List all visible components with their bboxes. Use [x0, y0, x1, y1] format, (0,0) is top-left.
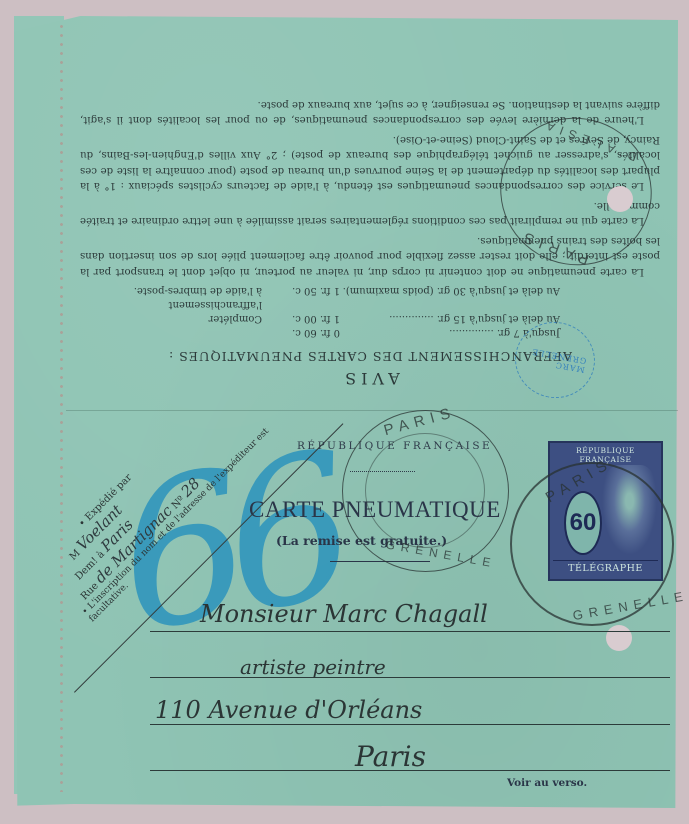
address-line-street: 110 Avenue d'Orléans — [155, 696, 422, 724]
address-line-city: Paris — [355, 740, 426, 773]
address-rule — [150, 677, 670, 678]
punch-hole — [607, 186, 633, 212]
blue-cachet-text: MARC GRENELLE — [515, 344, 587, 374]
tariff-note: à l'aide de timbres-poste. — [112, 283, 270, 297]
postmark-stamp: PARIS GRENELLE — [510, 462, 674, 626]
address-line-name: Monsieur Marc Chagall — [200, 600, 488, 628]
address-line-profession: artiste peintre — [240, 655, 386, 679]
tariff-value: 1 fr. 50 c. — [270, 283, 340, 297]
address-rule — [150, 631, 670, 632]
punch-hole — [606, 625, 632, 651]
tariff-note: Compléter l'affranchissement — [112, 297, 270, 325]
fold-line — [66, 410, 678, 411]
tariff-label: Au delà et jusqu'à 15 gr. .............. — [340, 297, 560, 325]
voir-au-verso: Voir au verso. — [507, 777, 587, 789]
tariff-note — [112, 325, 270, 339]
tariff-row: Au delà et jusqu'à 15 gr. ..............… — [70, 297, 560, 325]
perforation-line — [60, 22, 63, 792]
tariff-row: Jusqu'à 7 gr. .............. 0 fr. 60 c. — [70, 325, 560, 339]
tariff-value: 0 fr. 60 c. — [270, 325, 340, 339]
address-rule — [150, 724, 670, 725]
tariff-label: Au delà et jusqu'à 30 gr. (poids maximum… — [340, 283, 560, 297]
postmark-center: PARIS GRENELLE — [342, 410, 509, 572]
tariff-table: Jusqu'à 7 gr. .............. 0 fr. 60 c.… — [70, 283, 560, 339]
tariff-row: Au delà et jusqu'à 30 gr. (poids maximum… — [70, 283, 560, 297]
tariff-value: 1 fr. 00 c. — [270, 297, 340, 325]
